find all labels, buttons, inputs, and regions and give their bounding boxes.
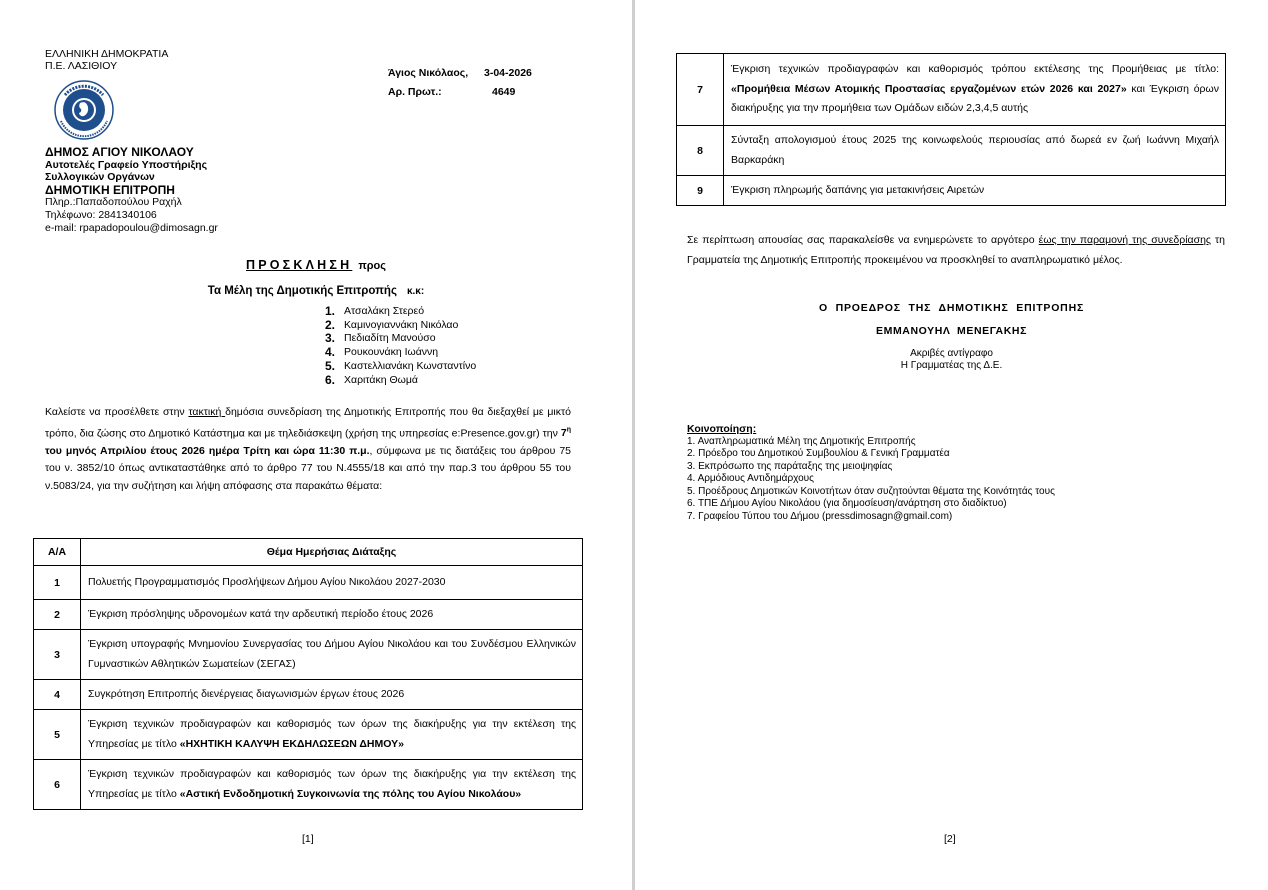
agenda-item-number: 8 (677, 126, 724, 176)
notification-item: 4. Αρμόδιους Αντιδημάρχους (687, 473, 1055, 486)
member-item: 2.Καμινογιαννάκη Νικόλαο (325, 319, 476, 333)
document-date: 3-04-2026 (484, 64, 532, 83)
agenda-item-text: Έγκριση τεχνικών προδιαγραφών και καθορι… (724, 54, 1226, 126)
agenda-row: 8Σύνταξη απολογισμού έτους 2025 της κοιν… (677, 126, 1226, 176)
invitation-heading: ΠΡΟΣΚΛΗΣΗ (246, 258, 352, 272)
meeting-type: τακτική (188, 406, 225, 418)
page-number: [2] (944, 833, 956, 845)
region-label: Π.Ε. ΛΑΣΙΘΙΟΥ (45, 60, 168, 72)
office-name-line1: Αυτοτελές Γραφείο Υποστήριξης (45, 159, 218, 172)
agenda-col-topic: Θέμα Ημερήσιας Διάταξης (81, 539, 583, 566)
member-number: 2. (325, 319, 344, 333)
member-item: 4.Ρουκουνάκη Ιωάννη (325, 346, 476, 360)
signatory-name: ΕΜΜΑΝΟΥΗΛ ΜΕΝΕΓΑΚΗΣ (635, 325, 1268, 337)
agenda-item-title: «Προμήθεια Μέσων Ατομικής Προστασίας εργ… (731, 83, 1127, 95)
agenda-item-title: «ΗΧΗΤΙΚΗ ΚΑΛΥΨΗ ΕΚΔΗΛΩΣΕΩΝ ΔΗΜΟΥ» (180, 738, 404, 750)
member-number: 6. (325, 374, 344, 388)
absence-text: Σε περίπτωση απουσίας σας παρακαλείσθε ν… (687, 234, 1039, 246)
agenda-item-text: Έγκριση τεχνικών προδιαγραφών και καθορι… (81, 710, 583, 760)
notification-item: 5. Προέδρους Δημοτικών Κοινοτήτων όταν σ… (687, 486, 1055, 499)
agenda-item-text: Έγκριση τεχνικών προδιαγραφών και καθορι… (81, 760, 583, 810)
agenda-table: Α/Α Θέμα Ημερήσιας Διάταξης 1Πολυετής Πρ… (33, 538, 583, 810)
copy-note: Ακριβές αντίγραφο (635, 348, 1268, 360)
invitation-title: ΠΡΟΣΚΛΗΣΗπρος (0, 258, 632, 272)
agenda-item-number: 5 (34, 710, 81, 760)
office-name-line2: Συλλογικών Οργάνων (45, 171, 218, 184)
agenda-row: 5Έγκριση τεχνικών προδιαγραφών και καθορ… (34, 710, 583, 760)
notification-item: 3. Εκπρόσωπο της παράταξης της μειοψηφία… (687, 461, 1055, 474)
member-number: 1. (325, 305, 344, 319)
agenda-row: 7Έγκριση τεχνικών προδιαγραφών και καθορ… (677, 54, 1226, 126)
contact-person: Πληρ.:Παπαδοπούλου Ραχήλ (45, 196, 218, 209)
member-name: Ρουκουνάκη Ιωάννη (344, 346, 438, 360)
agenda-item-number: 4 (34, 680, 81, 710)
member-name: Πεδιαδίτη Μανούσο (344, 332, 436, 346)
agenda-item-number: 2 (34, 600, 81, 630)
agenda-item-number: 7 (677, 54, 724, 126)
agenda-item-text: Πολυετής Προγραμματισμός Προσλήψεων Δήμο… (81, 566, 583, 600)
recipients-label: Τα Μέλη της Δημοτικής Επιτροπής (208, 285, 397, 297)
invitation-body: Καλείστε να προσέλθετε στην τακτική δημό… (45, 404, 571, 495)
agenda-item-text: Σύνταξη απολογισμού έτους 2025 της κοινω… (724, 126, 1226, 176)
contact-phone: Τηλέφωνο: 2841340106 (45, 209, 218, 222)
certified-copy: Ακριβές αντίγραφο Η Γραμματέας της Δ.Ε. (635, 348, 1268, 372)
member-name: Καμινογιαννάκη Νικόλαο (344, 319, 458, 333)
member-item: 6.Χαριτάκη Θωμά (325, 374, 476, 388)
agenda-table-continued: 7Έγκριση τεχνικών προδιαγραφών και καθορ… (676, 53, 1226, 206)
secretary-label: Η Γραμματέας της Δ.Ε. (635, 360, 1268, 372)
notification-item: 2. Πρόεδρο του Δημοτικού Συμβουλίου & Γε… (687, 448, 1055, 461)
agenda-item-number: 3 (34, 630, 81, 680)
notification-item: 1. Αναπληρωματικά Μέλη της Δημοτικής Επι… (687, 436, 1055, 449)
member-name: Ατσαλάκη Στερεό (344, 305, 424, 319)
country-label: ΕΛΛΗΝΙΚΗ ΔΗΜΟΚΡΑΤΙΑ (45, 48, 168, 60)
member-item: 5.Καστελλιανάκη Κωνσταντίνο (325, 360, 476, 374)
member-item: 1.Ατσαλάκη Στερεό (325, 305, 476, 319)
municipality-logo-icon (47, 79, 121, 141)
municipality-name: ΔΗΜΟΣ ΑΓΙΟΥ ΝΙΚΟΛΑΟΥ (45, 146, 218, 159)
contact-email: e-mail: rpapadopoulou@dimosagn.gr (45, 222, 218, 235)
notification-heading: Κοινοποίηση: (687, 423, 1055, 436)
signatory-role: Ο ΠΡΟΕΔΡΟΣ ΤΗΣ ΔΗΜΟΤΙΚΗΣ ΕΠΙΤΡΟΠΗΣ (635, 302, 1268, 314)
body-text: Καλείστε να προσέλθετε στην (45, 406, 188, 418)
agenda-row: 2Έγκριση πρόσληψης υδρονομέων κατά την α… (34, 600, 583, 630)
agenda-row: 6Έγκριση τεχνικών προδιαγραφών και καθορ… (34, 760, 583, 810)
absence-note: Σε περίπτωση απουσίας σας παρακαλείσθε ν… (687, 230, 1225, 270)
invitation-recipients: Τα Μέλη της Δημοτικής Επιτροπήςκ.κ: (0, 285, 632, 297)
notification-item: 7. Γραφείου Τύπου του Δήμου (pressdimosa… (687, 511, 1055, 524)
agenda-row: 3Έγκριση υπογραφής Μνημονίου Συνεργασίας… (34, 630, 583, 680)
issuer-header: ΕΛΛΗΝΙΚΗ ΔΗΜΟΚΡΑΤΙΑ Π.Ε. ΛΑΣΙΘΙΟΥ (45, 48, 168, 72)
member-name: Χαριτάκη Θωμά (344, 374, 418, 388)
member-number: 3. (325, 332, 344, 346)
agenda-item-title: «Αστική Ενδοδημοτική Συγκοινωνία της πόλ… (180, 788, 521, 800)
member-number: 5. (325, 360, 344, 374)
member-list: 1.Ατσαλάκη Στερεό2.Καμινογιαννάκη Νικόλα… (325, 305, 476, 387)
protocol-number: 4649 (492, 83, 515, 102)
agenda-item-number: 9 (677, 176, 724, 206)
notification-list: Κοινοποίηση: 1. Αναπληρωματικά Μέλη της … (687, 423, 1055, 523)
agenda-item-text: Έγκριση πρόσληψης υδρονομέων κατά την αρ… (81, 600, 583, 630)
agenda-row: 1Πολυετής Προγραμματισμός Προσλήψεων Δήμ… (34, 566, 583, 600)
member-item: 3.Πεδιαδίτη Μανούσο (325, 332, 476, 346)
member-number: 4. (325, 346, 344, 360)
protocol-label: Αρ. Πρωτ.: (388, 83, 492, 102)
committee-name: ΔΗΜΟΤΙΚΗ ΕΠΙΤΡΟΠΗ (45, 184, 218, 197)
organization-block: ΔΗΜΟΣ ΑΓΙΟΥ ΝΙΚΟΛΑΟΥ Αυτοτελές Γραφείο Υ… (45, 146, 218, 234)
agenda-col-num: Α/Α (34, 539, 81, 566)
agenda-row: 4Συγκρότηση Επιτροπής διενέργειας διαγων… (34, 680, 583, 710)
agenda-item-number: 6 (34, 760, 81, 810)
document-page-1: ΕΛΛΗΝΙΚΗ ΔΗΜΟΚΡΑΤΙΑ Π.Ε. ΛΑΣΙΘΙΟΥ ΔΗΜΟΣ … (0, 0, 632, 890)
document-meta: Άγιος Νικόλαος, 3-04-2026 Αρ. Πρωτ.: 464… (388, 64, 532, 102)
invitation-heading-suffix: προς (358, 260, 386, 272)
agenda-item-text: Έγκριση πληρωμής δαπάνης για μετακινήσει… (724, 176, 1226, 206)
absence-deadline: έως την παραμονή της συνεδρίασης (1039, 234, 1211, 246)
agenda-item-text: Έγκριση υπογραφής Μνημονίου Συνεργασίας … (81, 630, 583, 680)
agenda-item-number: 1 (34, 566, 81, 600)
document-page-2: 7Έγκριση τεχνικών προδιαγραφών και καθορ… (635, 0, 1268, 890)
page-number: [1] (302, 833, 314, 845)
place-label: Άγιος Νικόλαος, (388, 64, 484, 83)
notification-item: 6. ΤΠΕ Δήμου Αγίου Νικολάου (για δημοσίε… (687, 498, 1055, 511)
agenda-row: 9Έγκριση πληρωμής δαπάνης για μετακινήσε… (677, 176, 1226, 206)
member-name: Καστελλιανάκη Κωνσταντίνο (344, 360, 476, 374)
agenda-item-text: Συγκρότηση Επιτροπής διενέργειας διαγωνι… (81, 680, 583, 710)
recipients-suffix: κ.κ: (407, 286, 424, 297)
